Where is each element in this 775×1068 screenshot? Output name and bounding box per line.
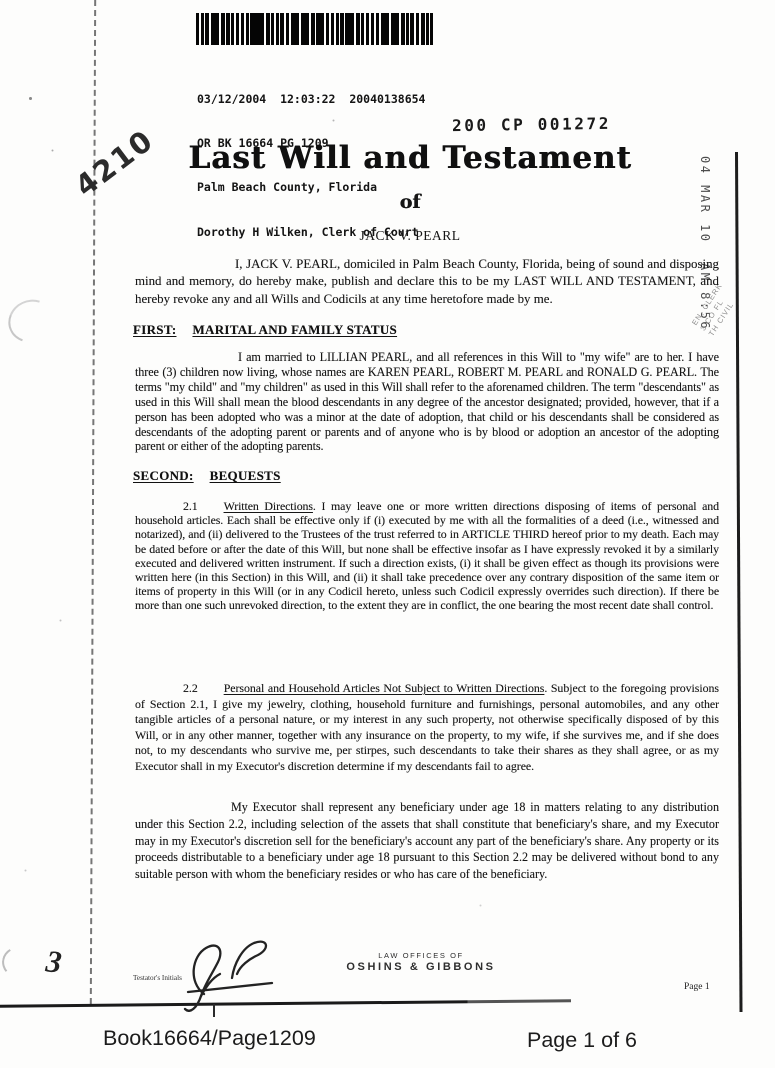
scan-smudge-arc bbox=[1, 292, 60, 350]
document-title: Last Will and Testament bbox=[95, 140, 725, 176]
page-indicator: Page 1 of 6 bbox=[527, 1028, 637, 1053]
testator-initials-signature bbox=[172, 928, 280, 1012]
paragraph-body: . I may leave one or more written direct… bbox=[135, 499, 719, 612]
law-office-line1: LAW OFFICES OF bbox=[332, 951, 510, 960]
scanned-will-page: 03/12/2004 12:03:22 20040138654 OR BK 16… bbox=[0, 0, 775, 1068]
page-number-label: Page 1 bbox=[684, 982, 710, 992]
paragraph-number: 2.1 bbox=[183, 499, 198, 513]
scan-smudge-arc bbox=[0, 943, 45, 983]
executor-paragraph: My Executor shall represent any benefici… bbox=[135, 799, 719, 883]
book-page-reference: Book16664/Page1209 bbox=[103, 1026, 316, 1051]
opening-paragraph: I, JACK V. PEARL, domiciled in Palm Beac… bbox=[135, 256, 719, 308]
paragraph-subheading: Personal and Household Articles Not Subj… bbox=[224, 681, 545, 695]
section-heading-second: SECOND:BEQUESTS bbox=[133, 468, 281, 484]
testator-name: JACK V. PEARL bbox=[95, 228, 725, 244]
section-heading-first: FIRST:MARITAL AND FAMILY STATUS bbox=[133, 322, 397, 338]
case-number-stamp: 200 CP 001272 bbox=[452, 114, 611, 135]
section-title: MARITAL AND FAMILY STATUS bbox=[192, 322, 397, 337]
handwritten-number-bottom: 3 bbox=[44, 943, 63, 980]
section-label: SECOND: bbox=[133, 468, 194, 483]
paragraph-subheading: Written Directions bbox=[224, 499, 313, 513]
bottom-page-edge-line bbox=[0, 999, 571, 1007]
section-title: BEQUESTS bbox=[210, 468, 281, 483]
paragraph-number: 2.2 bbox=[183, 681, 198, 695]
section-label: FIRST: bbox=[133, 322, 176, 337]
recording-barcode bbox=[196, 13, 433, 45]
law-office-block: LAW OFFICES OF OSHINS & GIBBONS bbox=[332, 951, 510, 973]
paragraph-2-2: 2.2Personal and Household Articles Not S… bbox=[135, 681, 719, 774]
first-section-paragraph: I am married to LILLIAN PEARL, and all r… bbox=[135, 350, 719, 454]
title-of-word: of bbox=[95, 191, 725, 213]
paragraph-2-1: 2.1Written Directions. I may leave one o… bbox=[135, 499, 719, 613]
law-office-line2: OSHINS & GIBBONS bbox=[332, 961, 510, 973]
right-page-edge-line bbox=[735, 152, 742, 1012]
scan-noise-specks bbox=[0, 0, 1, 1]
recorder-stamp-line: 03/12/2004 12:03:22 20040138654 bbox=[197, 92, 425, 107]
